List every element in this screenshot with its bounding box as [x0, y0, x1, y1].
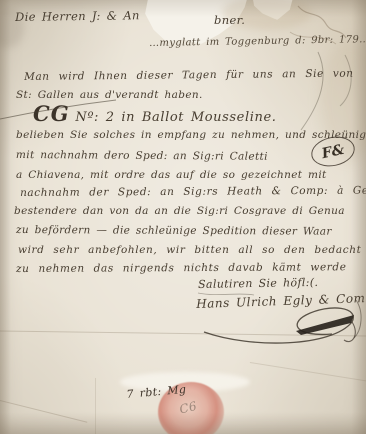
consignment-mark: CG — [33, 101, 70, 126]
fold-crease — [95, 378, 96, 434]
manuscript-line-1: Man wird Ihnen dieser Tagen für uns an S… — [24, 68, 354, 83]
addressee-right: bner. — [214, 13, 245, 27]
closing-salutation: Salutiren Sie höfl:(. — [198, 276, 318, 291]
ink-flourishes — [0, 0, 366, 434]
fold-crease — [0, 400, 87, 423]
manuscript-line-5: a Chiavena, mit ordre das auf die so gez… — [16, 169, 327, 181]
manuscript-line-10: zu nehmen das nirgends nichts davab kämt… — [16, 261, 347, 275]
manuscript-line-8: zu befördern — die schleünige Spedition … — [16, 224, 332, 238]
consignment-line: CG Nº: 2 in Ballot Mousseline. — [33, 101, 277, 126]
manuscript-line-4: mit nachnahm dero Sped: an Sig:ri Calett… — [16, 149, 268, 163]
manuscript-line-6: nachnahm der Sped: an Sig:rs Heath & Com… — [20, 184, 366, 199]
fold-crease — [250, 362, 366, 382]
manuscript-line-9: wird sehr anbefohlen, wir bitten all so … — [18, 244, 361, 256]
merchant-monogram: F& — [320, 141, 345, 161]
signature: Hans Ulrich Egly & Comp: — [196, 291, 366, 311]
fold-crease — [0, 330, 366, 337]
manuscript-line-7: bestendere dan von da an die Sig:ri Cosg… — [14, 205, 345, 217]
manuscript-line-2: St: Gallen aus d'verandt haben. — [16, 89, 203, 101]
addressee-left: Die Herren J: & An — [15, 8, 140, 24]
torn-paper-notch — [252, 0, 294, 20]
manuscript-line-3: belieben Sie solches in empfang zu nehme… — [16, 129, 366, 141]
scan-vignette — [0, 0, 366, 434]
letter-scan: Die Herren J: & An bner. …myglatt im Tog… — [0, 0, 366, 434]
consignment-description: Nº: 2 in Ballot Mousseline. — [75, 110, 276, 125]
